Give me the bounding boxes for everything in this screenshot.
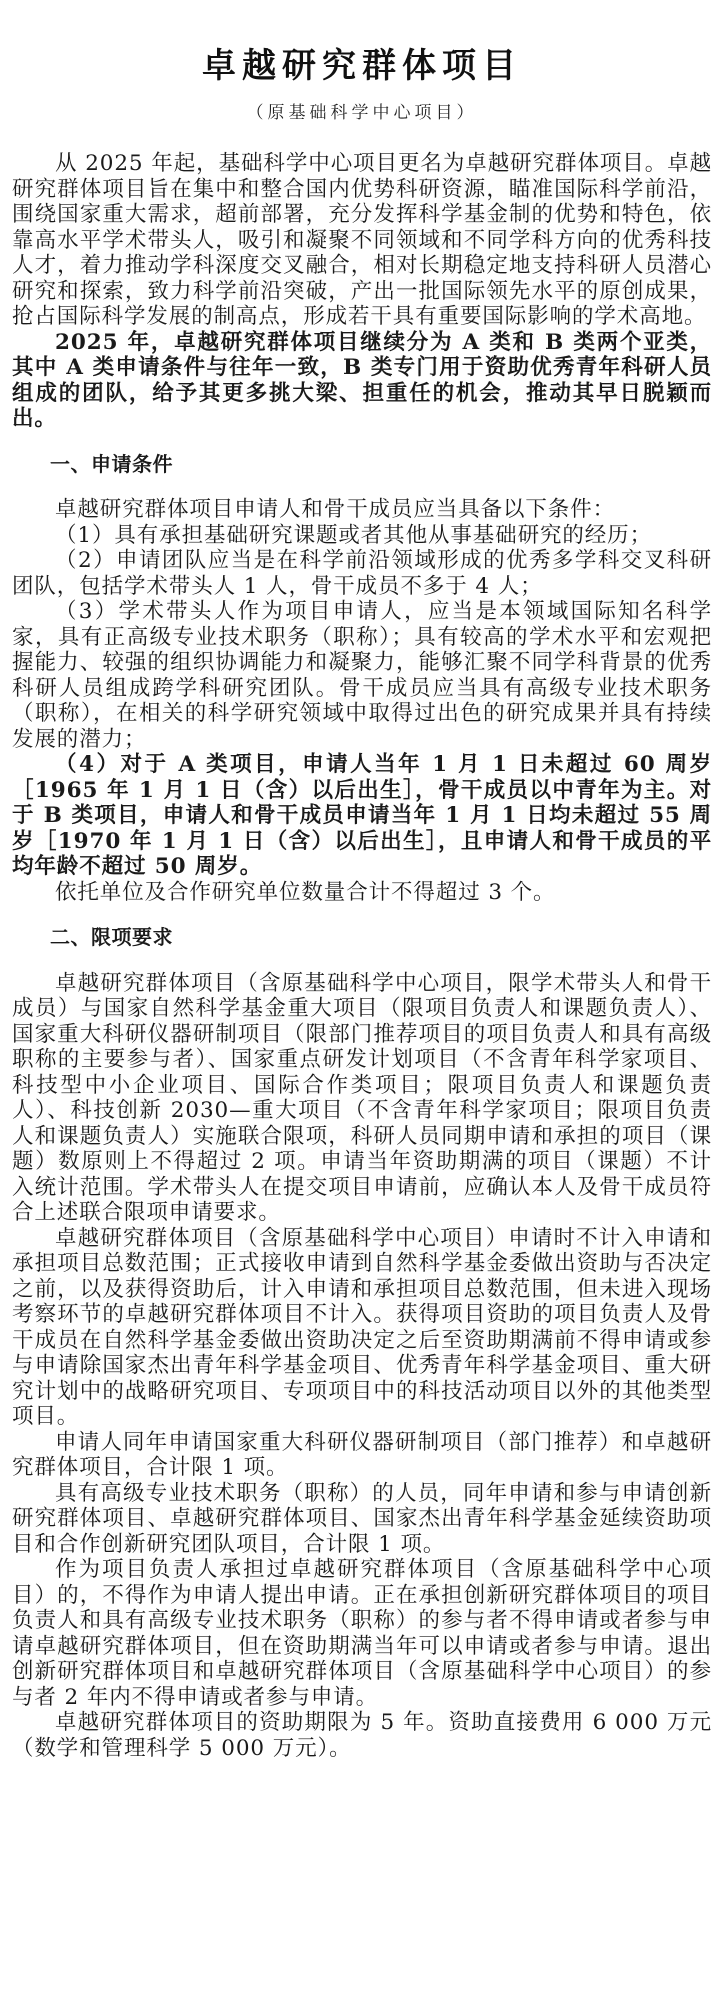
section-paragraph: 申请人同年申请国家重大科研仪器研制项目（部门推荐）和卓越研究群体项目，合计限 1… bbox=[12, 1430, 712, 1481]
section-paragraph: 具有高级专业技术职务（职称）的人员，同年申请和参与申请创新研究群体项目、卓越研究… bbox=[12, 1481, 712, 1558]
section-paragraph: 卓越研究群体项目（含原基础科学中心项目）申请时不计入申请和承担项目总数范围；正式… bbox=[12, 1226, 712, 1430]
document-subtitle: （原基础科学中心项目） bbox=[12, 98, 712, 123]
condition-item-2: （2）申请团队应当是在科学前沿领域形成的优秀多学科交叉科研团队，包括学术带头人 … bbox=[12, 548, 712, 599]
section-heading-application-conditions: 一、申请条件 bbox=[12, 452, 712, 478]
spacer bbox=[12, 905, 712, 925]
section-paragraph: 卓越研究群体项目申请人和骨干成员应当具备以下条件： bbox=[12, 497, 712, 523]
condition-item-1: （1）具有承担基础研究课题或者其他从事基础研究的经历； bbox=[12, 523, 712, 549]
intro-paragraph: 从 2025 年起，基础科学中心项目更名为卓越研究群体项目。卓越研究群体项目旨在… bbox=[12, 151, 712, 330]
spacer bbox=[12, 477, 712, 497]
condition-item-3: （3）学术带头人作为项目申请人，应当是本领域国际知名科学家，具有正高级专业技术职… bbox=[12, 599, 712, 752]
section-paragraph: 依托单位及合作研究单位数量合计不得超过 3 个。 bbox=[12, 880, 712, 906]
spacer bbox=[12, 951, 712, 971]
section-paragraph: 作为项目负责人承担过卓越研究群体项目（含原基础科学中心项目）的，不得作为申请人提… bbox=[12, 1557, 712, 1710]
section-paragraph: 卓越研究群体项目（含原基础科学中心项目，限学术带头人和骨干成员）与国家自然科学基… bbox=[12, 971, 712, 1226]
condition-item-4: （4）对于 A 类项目，申请人当年 1 月 1 日未超过 60 周岁［1965 … bbox=[12, 752, 712, 880]
document-body: 从 2025 年起，基础科学中心项目更名为卓越研究群体项目。卓越研究群体项目旨在… bbox=[12, 151, 712, 1761]
section-heading-limit-requirements: 二、限项要求 bbox=[12, 925, 712, 951]
intro-paragraph-bold: 2025 年，卓越研究群体项目继续分为 A 类和 B 类两个亚类，其中 A 类申… bbox=[12, 330, 712, 432]
spacer bbox=[12, 432, 712, 452]
section-paragraph: 卓越研究群体项目的资助期限为 5 年。资助直接费用 6 000 万元（数学和管理… bbox=[12, 1710, 712, 1761]
document-title: 卓越研究群体项目 bbox=[12, 38, 712, 87]
